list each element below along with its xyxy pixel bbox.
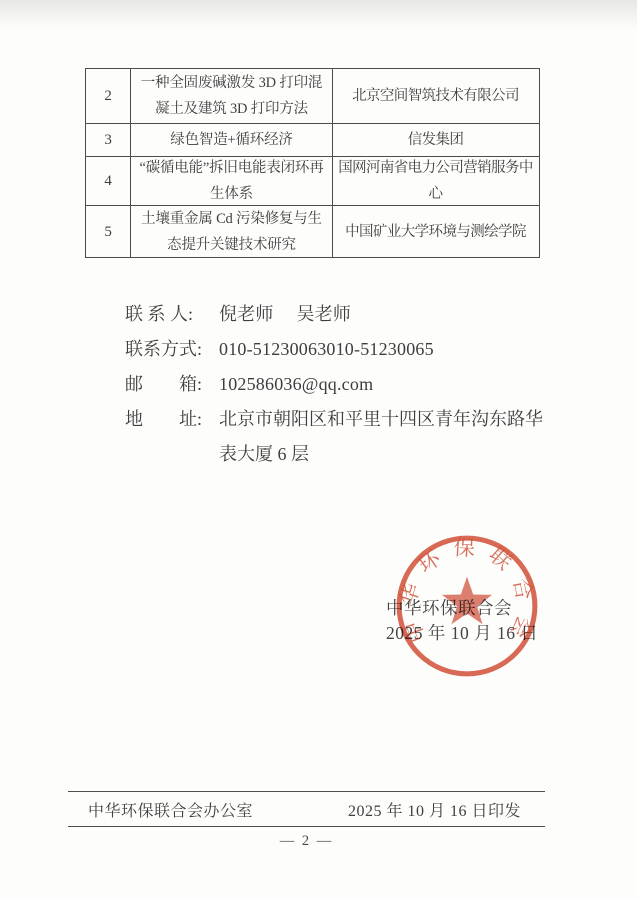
organization-cell: 北京空间智筑技术有限公司 — [333, 69, 538, 123]
organization-cell: 信发集团 — [333, 124, 538, 156]
official-seal-stamp: 中华环保联合会 — [391, 530, 543, 682]
table-row: 5 土壤重金属 Cd 污染修复与生态提升关键技术研究 中国矿业大学环境与测绘学院 — [86, 206, 539, 257]
project-name-cell: 土壤重金属 Cd 污染修复与生态提升关键技术研究 — [131, 206, 333, 257]
project-name-cell: 一种全固废碱激发 3D 打印混凝土及建筑 3D 打印方法 — [131, 69, 333, 123]
contact-person-value: 倪老师 吴老师 — [219, 297, 351, 332]
contact-address-value: 北京市朝阳区和平里十四区青年沟东路华表大厦 6 层 — [219, 402, 555, 472]
row-number-cell: 4 — [86, 157, 131, 205]
table-row: 2 一种全固废碱激发 3D 打印混凝土及建筑 3D 打印方法 北京空间智筑技术有… — [86, 69, 539, 124]
contact-person-row: 联 系 人: 倪老师 吴老师 — [125, 297, 555, 332]
seal-star-icon — [442, 577, 492, 625]
contact-email-row: 邮 箱: 102586036@qq.com — [125, 367, 555, 402]
row-number-cell: 5 — [86, 206, 131, 257]
footer-bar: 中华环保联合会办公室 2025 年 10 月 16 日印发 — [68, 791, 545, 827]
footer-office-name: 中华环保联合会办公室 — [88, 798, 253, 821]
project-name-cell: 绿色智造+循环经济 — [131, 124, 333, 156]
contact-address-row: 地 址: 北京市朝阳区和平里十四区青年沟东路华表大厦 6 层 — [125, 402, 555, 472]
organization-cell: 中国矿业大学环境与测绘学院 — [333, 206, 538, 257]
scan-shadow-band — [0, 0, 637, 30]
contact-phone-label: 联系方式: — [125, 332, 209, 367]
entries-table: 2 一种全固废碱激发 3D 打印混凝土及建筑 3D 打印方法 北京空间智筑技术有… — [85, 68, 540, 258]
contact-block: 联 系 人: 倪老师 吴老师 联系方式: 010-51230063010-512… — [125, 297, 555, 472]
contact-email-label: 邮 箱: — [125, 367, 209, 402]
row-number-cell: 3 — [86, 124, 131, 156]
organization-cell: 国网河南省电力公司营销服务中心 — [333, 157, 538, 205]
table-row: 3 绿色智造+循环经济 信发集团 — [86, 124, 539, 157]
contact-phone-row: 联系方式: 010-51230063010-51230065 — [125, 332, 555, 367]
row-number-cell: 2 — [86, 69, 131, 123]
contact-person-label: 联 系 人: — [125, 297, 209, 332]
footer-print-date: 2025 年 10 月 16 日印发 — [348, 798, 521, 821]
project-name-cell: “碳循电能”拆旧电能表闭环再生体系 — [131, 157, 333, 205]
table-row: 4 “碳循电能”拆旧电能表闭环再生体系 国网河南省电力公司营销服务中心 — [86, 157, 539, 206]
contact-address-label: 地 址: — [125, 402, 209, 472]
contact-email-value: 102586036@qq.com — [219, 367, 373, 402]
page-number: — 2 — — [68, 833, 545, 850]
document-page: 2 一种全固废碱激发 3D 打印混凝土及建筑 3D 打印方法 北京空间智筑技术有… — [0, 0, 637, 900]
contact-phone-value: 010-51230063010-51230065 — [219, 332, 434, 367]
